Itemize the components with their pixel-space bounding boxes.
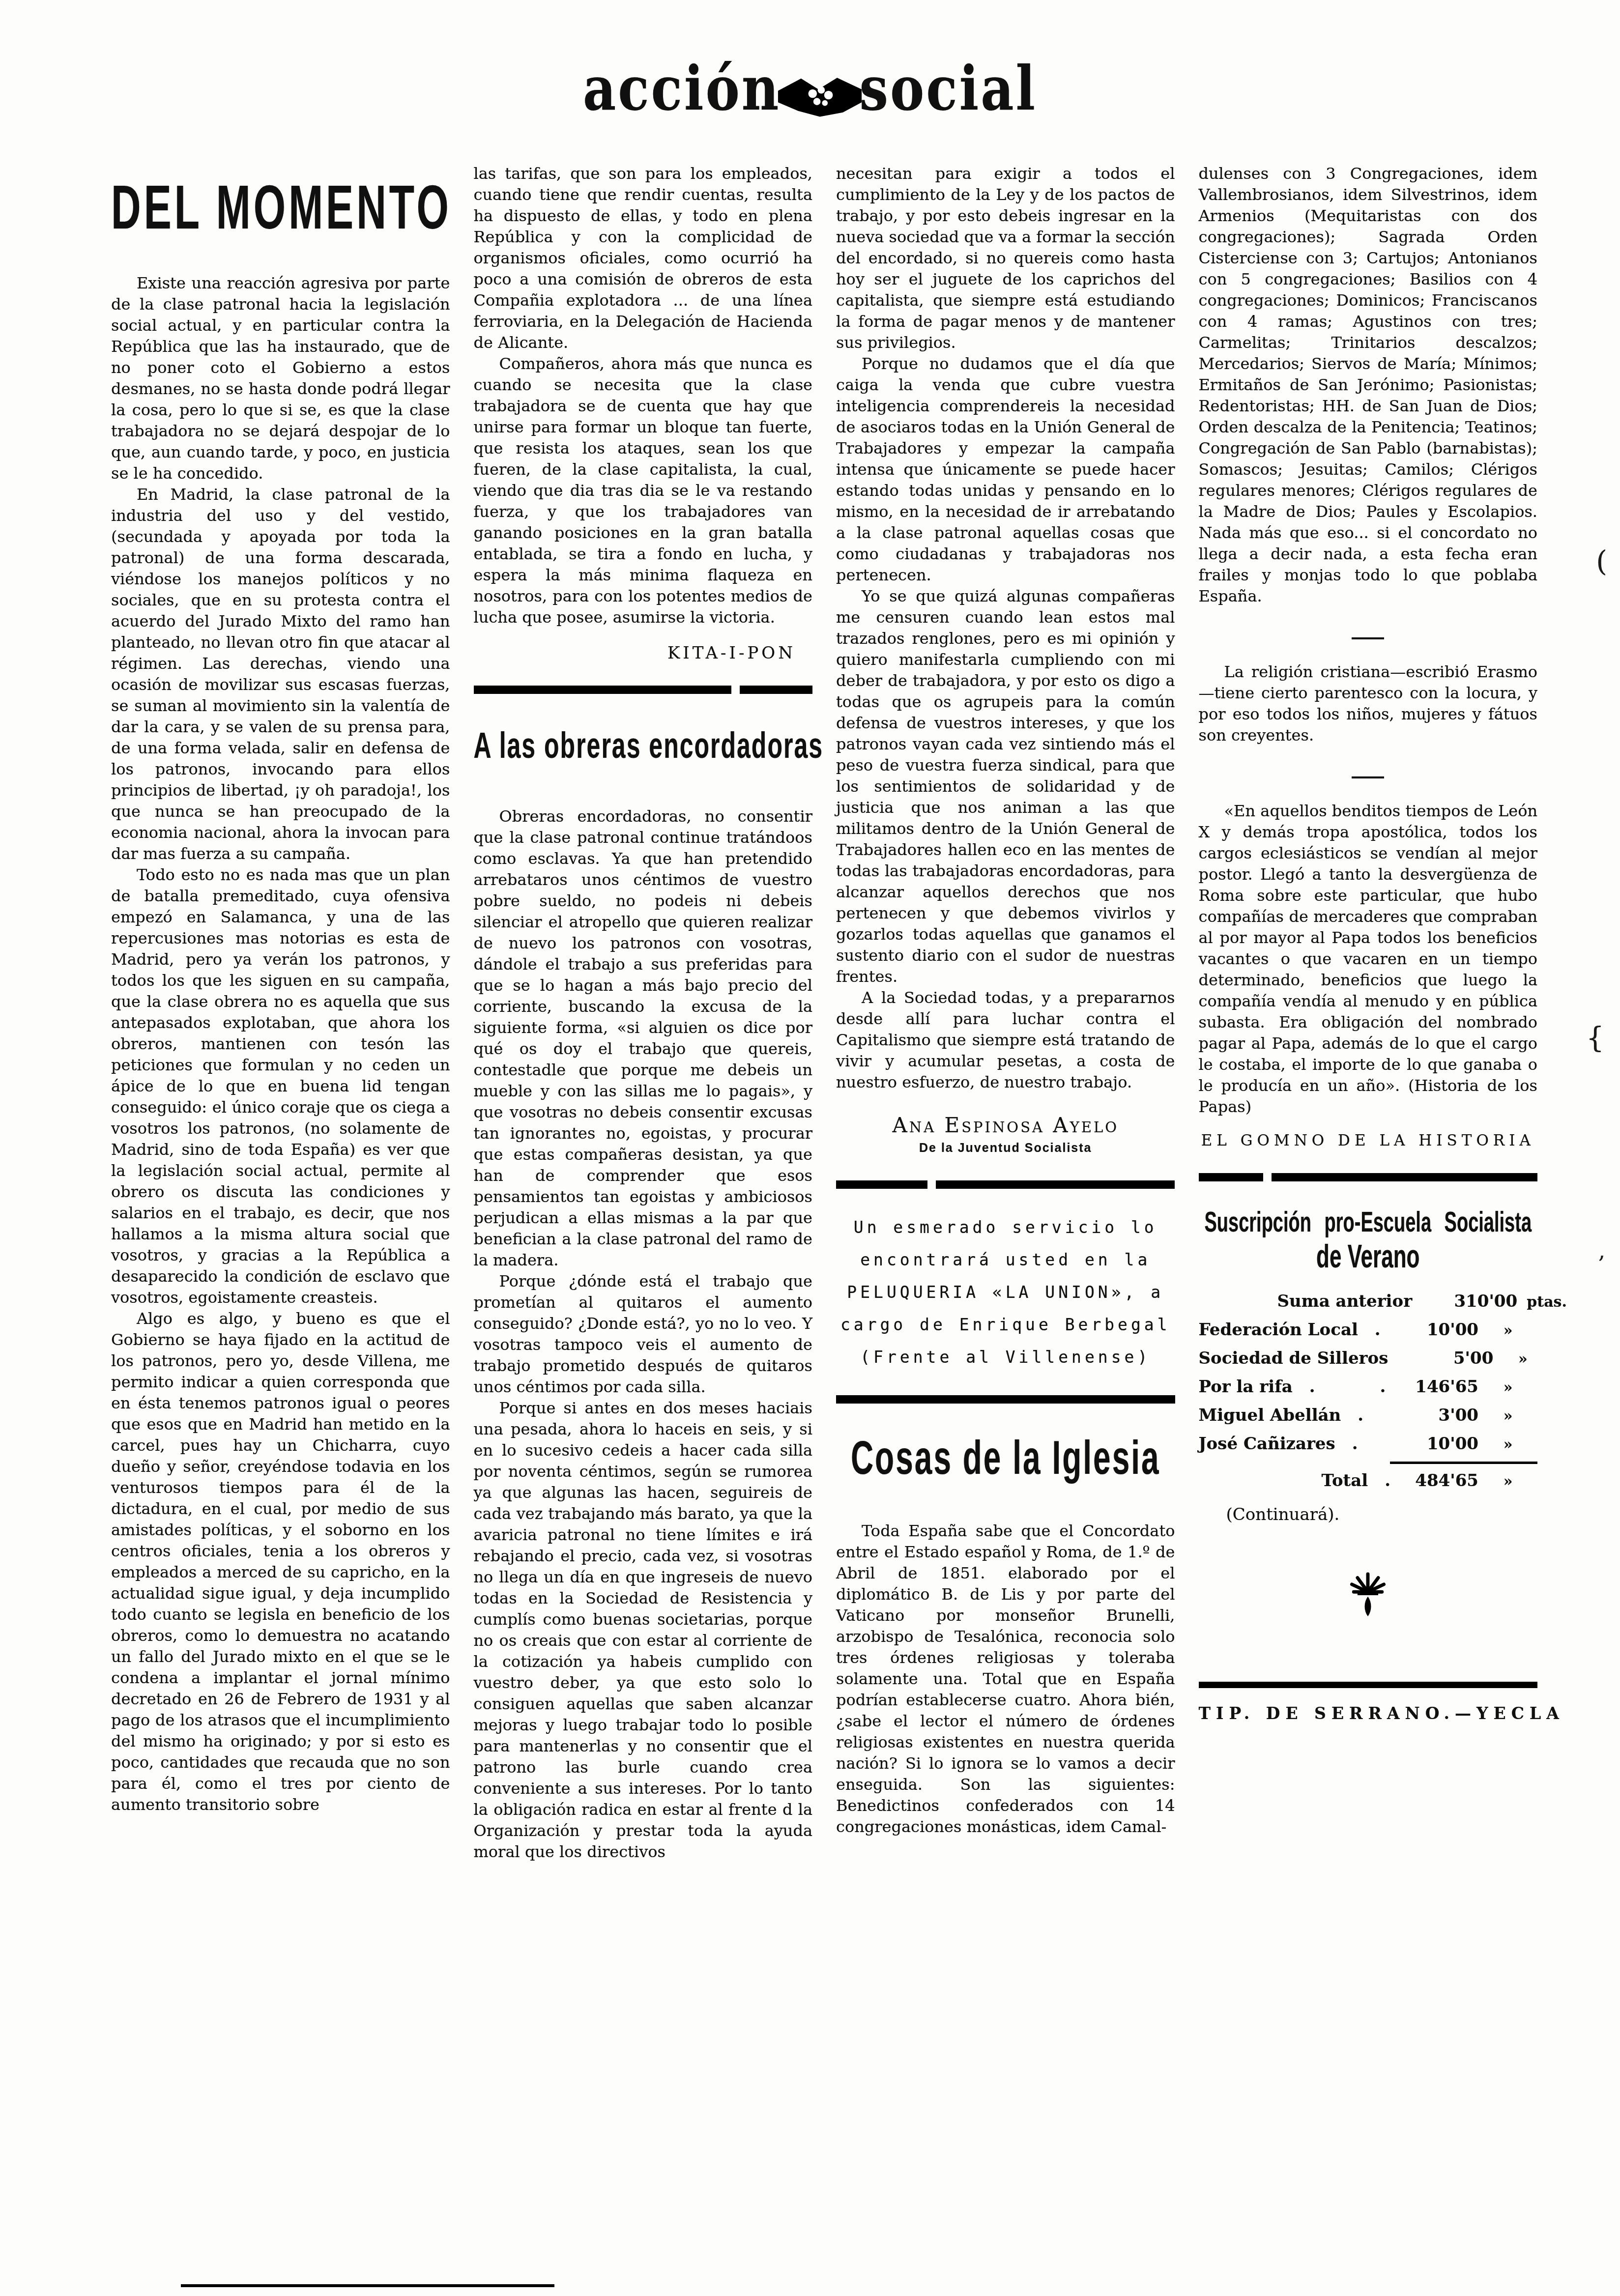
paragraph: las tarifas, que son para los empleados,… — [474, 163, 813, 353]
scan-artifact: , — [1598, 1238, 1605, 1263]
paragraph: Todo esto no es nada mas que un plan de … — [111, 864, 450, 1308]
paragraph: necesitan para exigir a todos el cumplim… — [836, 163, 1175, 353]
article-headline-del-momento: DEL MOMENTO — [111, 192, 450, 224]
row-amount: 146'65 — [1390, 1373, 1478, 1401]
masthead-word-right: social — [859, 52, 1037, 123]
paragraph: Existe una reacción agresiva por parte d… — [111, 273, 450, 484]
author-signature: Ana Espinosa Ayelo — [836, 1115, 1175, 1136]
row-unit: » — [1478, 1374, 1537, 1402]
table-row: Por la rifa . . . . 146'65 » — [1199, 1373, 1538, 1402]
dash-divider — [1199, 763, 1538, 784]
section-divider — [1199, 1173, 1538, 1181]
paragraph: Algo es algo, y bueno es que el Gobierno… — [111, 1308, 450, 1815]
dot-leader: . — [1412, 1288, 1429, 1315]
row-amount: 5'00 — [1405, 1345, 1493, 1372]
total-amount: 484'65 — [1390, 1467, 1478, 1494]
column-layout: DEL MOMENTO Existe una reacción agresiva… — [111, 163, 1537, 1863]
total-label: Total — [1199, 1467, 1368, 1494]
row-unit: » — [1493, 1346, 1552, 1373]
dot-leader: . . — [1358, 1316, 1390, 1344]
dot-leader: . — [1388, 1345, 1405, 1372]
row-label: Por la rifa — [1199, 1373, 1293, 1401]
ad-peluqueria-la-union: Un esmerado servicio lo encontrará usted… — [836, 1211, 1175, 1374]
ad-line: (Frente al Villenense) — [836, 1341, 1175, 1374]
row-label: Federación Local — [1199, 1316, 1358, 1344]
printer-imprint: TIP. DE SERRANO.—YECLA — [1199, 1703, 1538, 1724]
paragraph: Porque no dudamos que el día que caiga l… — [836, 353, 1175, 586]
section-divider — [836, 1180, 1175, 1189]
paragraph: dulenses con 3 Congregaciones, idem Vall… — [1199, 163, 1538, 607]
newspaper-page: acción social DEL MOMENTO Existe una rea… — [0, 0, 1620, 2296]
table-row: Federación Local . . 10'00 » — [1199, 1316, 1538, 1345]
row-amount: 3'00 — [1390, 1402, 1478, 1429]
table-row: Sociedad de Silleros . 5'00 » — [1199, 1345, 1538, 1373]
paragraph: A la Sociedad todas, y a prepararnos des… — [836, 987, 1175, 1093]
dash-divider — [1199, 624, 1538, 645]
row-label: Miguel Abellán — [1199, 1402, 1341, 1429]
column-4: dulenses con 3 Congregaciones, idem Vall… — [1199, 163, 1538, 1863]
author-affiliation: De la Juventud Socialista — [836, 1138, 1175, 1159]
ad-line: encontrará usted en la — [836, 1244, 1175, 1276]
article-headline-obreras: A las obreras encordadoras — [474, 730, 813, 762]
row-label: José Cañizares — [1199, 1430, 1335, 1458]
dot-leader: . . — [1368, 1467, 1390, 1494]
subscription-headline-line2: de Verano — [1199, 1241, 1538, 1273]
row-unit: » — [1478, 1317, 1537, 1345]
row-label: Sociedad de Silleros — [1199, 1345, 1389, 1372]
scan-artifact: ( — [1596, 545, 1607, 578]
handshake-icon — [783, 54, 856, 122]
column-2: las tarifas, que son para los empleados,… — [474, 163, 813, 1863]
paragraph: «En aquellos benditos tiempos de León X … — [1199, 801, 1538, 1118]
paragraph: Porque ¿dónde está el trabajo que promet… — [474, 1271, 813, 1398]
column-3: necesitan para exigir a todos el cumplim… — [836, 163, 1175, 1863]
paragraph: En Madrid, la clase patronal de la indus… — [111, 484, 450, 864]
paragraph: La religión cristiana—escribió Erasmo—ti… — [1199, 661, 1538, 746]
row-unit: ptas. — [1517, 1289, 1576, 1316]
subscription-headline-line1: Suscripción pro-Escuela Socialista — [1199, 1207, 1538, 1239]
printer-ornament-icon — [1199, 1572, 1538, 1623]
footer-rule — [1199, 1682, 1538, 1688]
row-amount: 310'00 — [1429, 1288, 1517, 1315]
row-unit: » — [1478, 1431, 1537, 1459]
row-amount: 10'00 — [1390, 1430, 1478, 1458]
continuara-note: (Continuará). — [1226, 1504, 1538, 1525]
paragraph: Toda España sabe que el Concordato entre… — [836, 1521, 1175, 1837]
row-amount: 10'00 — [1390, 1316, 1478, 1344]
row-unit: » — [1478, 1403, 1537, 1430]
paragraph: Porque si antes en dos meses haciais una… — [474, 1398, 813, 1863]
table-row: José Cañizares . . . 10'00 » — [1199, 1430, 1538, 1459]
ad-line: Un esmerado servicio lo — [836, 1211, 1175, 1244]
total-unit: » — [1478, 1468, 1537, 1495]
table-row: Suma anterior . 310'00 ptas. — [1199, 1288, 1538, 1316]
masthead: acción social — [0, 0, 1620, 122]
row-label: Suma anterior — [1199, 1288, 1413, 1315]
table-total-row: Total . . 484'65 » — [1199, 1462, 1538, 1495]
dot-leader: . . . — [1341, 1402, 1390, 1429]
ad-line: PELUQUERIA «LA UNION», a — [836, 1276, 1175, 1309]
masthead-word-left: acción — [583, 52, 781, 123]
dot-leader: . . . . — [1293, 1373, 1390, 1401]
dot-leader: . . . — [1335, 1430, 1390, 1458]
section-divider — [836, 1395, 1175, 1404]
scan-artifact-line — [181, 2284, 554, 2287]
author-signature: EL GOMNO DE LA HISTORIA — [1199, 1130, 1538, 1151]
paragraph: Yo se que quizá algunas compañeras me ce… — [836, 586, 1175, 987]
section-divider — [474, 686, 813, 694]
paragraph: Obreras encordadoras, no consentir que l… — [474, 806, 813, 1271]
article-headline-cosas-iglesia: Cosas de la Iglesia — [836, 1442, 1175, 1474]
ad-line: cargo de Enrique Berbegal — [836, 1309, 1175, 1341]
table-row: Miguel Abellán . . . 3'00 » — [1199, 1402, 1538, 1430]
subscription-table: Suma anterior . 310'00 ptas. Federación … — [1199, 1288, 1538, 1495]
author-signature: KITA-I-PON — [474, 643, 796, 664]
column-1: DEL MOMENTO Existe una reacción agresiva… — [111, 163, 450, 1863]
paragraph: Compañeros, ahora más que nunca es cuand… — [474, 353, 813, 628]
scan-artifact: { — [1586, 1021, 1604, 1055]
